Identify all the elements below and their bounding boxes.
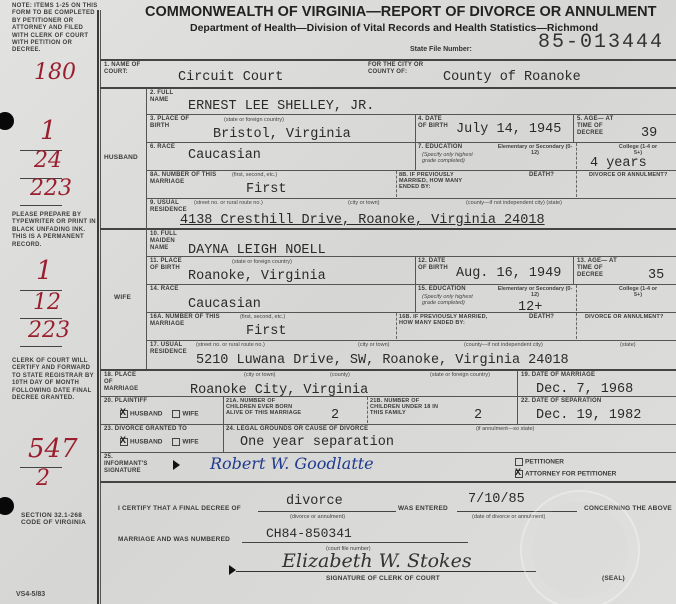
husband-college: 4 years [590, 156, 647, 171]
granted-husband-label: HUSBAND [130, 439, 163, 446]
divorce-report-form: NOTE: ITEMS 1-25 ON THIS FORM TO BE COMP… [0, 0, 676, 604]
sidebar-prepare-note: PLEASE PREPARE BY TYPEWRITER OR PRINT IN… [12, 212, 98, 249]
plaintiff-label: 20. PLAINTIFF [104, 398, 147, 405]
wife-death-label: DEATH? [529, 314, 554, 321]
state-file-number: 85-013444 [538, 31, 664, 54]
husband-divorce-label: DIVORCE OR ANNULMENT? [589, 172, 668, 179]
marriage-date: Dec. 7, 1968 [536, 382, 633, 397]
marriage-place-hint-county: (county) [330, 372, 350, 378]
wife-dob-label: 12. DATE OF BIRTH [418, 258, 452, 272]
wife-race: Caucasian [188, 297, 261, 312]
husband-birthplace-label: 3. PLACE OF BIRTH [150, 116, 190, 130]
separation-date: Dec. 19, 1982 [536, 408, 641, 423]
court-name-value: Circuit Court [178, 70, 283, 85]
husband-dob: July 14, 1945 [456, 122, 561, 137]
plaintiff-wife-checkbox[interactable] [172, 410, 180, 418]
sidebar-section-ref: SECTION 32.1-268 CODE OF VIRGINIA [21, 512, 93, 527]
husband-full-name-label: 2. FULL NAME [150, 90, 176, 104]
entered-text: WAS ENTERED [398, 505, 448, 512]
clerk-arrow-icon [229, 565, 236, 575]
entered-date: 7/10/85 [468, 492, 525, 507]
husband-birthplace-hint: (state or foreign country) [224, 117, 284, 123]
husband-marriage-number-hint: (first, second, etc.) [232, 172, 277, 178]
handwritten-g2-c: 223 [28, 318, 70, 343]
marriage-place-hint-state: (state or foreign country) [430, 372, 490, 378]
attorney-checkbox[interactable] [515, 470, 523, 478]
wife-race-label: 14. RACE [150, 286, 179, 293]
children-under18: 2 [474, 408, 482, 423]
handwritten-g1-b: 24 [34, 148, 62, 173]
plaintiff-wife-label: WIFE [182, 411, 198, 418]
husband-age: 39 [641, 126, 657, 141]
wife-birthplace: Roanoke, Virginia [188, 269, 326, 284]
husband-residence-hint-street: (street no. or rural route no.) [194, 200, 263, 206]
wife-marriage-number: First [246, 324, 287, 339]
court-county-value: County of Roanoke [443, 70, 581, 85]
husband-full-name: ERNEST LEE SHELLEY, JR. [188, 99, 374, 114]
certify-text: I CERTIFY THAT A FINAL DECREE OF [118, 505, 241, 512]
punch-hole-bottom [0, 497, 14, 515]
wife-prev-married-label: 16b. IF PREVIOUSLY MARRIED, HOW MANY END… [399, 314, 489, 326]
court-file-number: CH84-850341 [266, 526, 352, 541]
marriage-place-label: 18. PLACE OF MARRIAGE [104, 372, 146, 393]
wife-residence-hint-street: (street no. or rural route no.) [196, 342, 265, 348]
informant-label: 25. INFORMANT'S SIGNATURE [104, 454, 156, 475]
granted-label: 23. DIVORCE GRANTED TO [104, 426, 187, 433]
wife-education-hint: (Specify only highest grade completed) [422, 294, 482, 306]
informant-signature: Robert W. Goodlatte [210, 454, 374, 473]
wife-residence-hint-city: (city or town) [358, 342, 389, 348]
husband-section-label: HUSBAND [104, 154, 138, 161]
husband-death-label: DEATH? [529, 172, 554, 179]
seal-emboss [520, 490, 640, 604]
husband-age-label: 5. AGE— AT TIME OF DECREE [577, 116, 627, 137]
wife-divorce-label: DIVORCE OR ANNULMENT? [585, 314, 664, 321]
form-subtitle: Department of Health—Division of Vital R… [190, 22, 598, 34]
petitioner-checkbox[interactable] [515, 458, 523, 466]
grounds-hint: (if annulment—so state) [476, 426, 534, 432]
wife-dob: Aug. 16, 1949 [456, 266, 561, 281]
plaintiff-husband-checkbox[interactable] [120, 410, 128, 418]
husband-birthplace: Bristol, Virginia [213, 127, 351, 142]
wife-residence-hint-county: (county—if not independent city) [464, 342, 543, 348]
clerk-signature-label: SIGNATURE OF CLERK OF COURT [326, 575, 440, 582]
wife-age: 35 [648, 268, 664, 283]
state-file-label: State File Number: [410, 46, 472, 53]
handwritten-top: 180 [34, 60, 76, 85]
sidebar-note: NOTE: ITEMS 1-25 ON THIS FORM TO BE COMP… [12, 3, 98, 55]
court-name-label: 1. NAME OF COURT: [104, 62, 144, 76]
punch-hole-top [0, 112, 14, 130]
husband-residence: 4138 Cresthill Drive, Roanoke, Virginia … [180, 213, 545, 228]
handwritten-g2-a: 1 [36, 256, 53, 286]
children-under18-label: 21b. NUMBER OF CHILDREN UNDER 18 IN THIS… [370, 398, 450, 416]
wife-residence-label: 17. USUAL RESIDENCE [150, 342, 198, 356]
wife-birthplace-hint: (state or foreign country) [232, 259, 292, 265]
sidebar-clerk-note: CLERK OF COURT WILL CERTIFY AND FORWARD … [12, 358, 98, 402]
wife-marriage-number-label: 16a. NUMBER OF THIS MARRIAGE [150, 314, 222, 328]
clerk-signature: Elizabeth W. Stokes [282, 550, 472, 572]
granted-wife-checkbox[interactable] [172, 438, 180, 446]
marriage-date-label: 19. DATE OF MARRIAGE [521, 372, 595, 379]
wife-elementary-label: Elementary or Secondary (0-12) [495, 286, 575, 298]
husband-residence-label: 9. USUAL RESIDENCE [150, 200, 192, 214]
attorney-label: ATTORNEY FOR PETITIONER [525, 471, 616, 478]
court-county-label: FOR THE CITY OR COUNTY OF: [368, 62, 424, 76]
plaintiff-husband-label: HUSBAND [130, 411, 163, 418]
wife-education-label: 15. EDUCATION [418, 286, 466, 293]
wife-residence-hint-state: (state) [620, 342, 636, 348]
husband-residence-hint-city: (city or town) [348, 200, 379, 206]
grounds-label: 24. LEGAL GROUNDS OR CAUSE OF DIVORCE [226, 426, 368, 433]
marriage-place-hint-city: (city or town) [244, 372, 275, 378]
form-title: COMMONWEALTH OF VIRGINIA—REPORT OF DIVOR… [145, 4, 657, 20]
handwritten-g1-c: 223 [30, 176, 72, 201]
wife-marriage-number-hint: (first, second, etc.) [240, 314, 285, 320]
seal-label: (SEAL) [602, 575, 625, 582]
handwritten-g3-b: 2 [36, 466, 50, 491]
decree-type-hint: (divorce or annulment) [290, 514, 345, 520]
granted-husband-checkbox[interactable] [120, 438, 128, 446]
handwritten-g1-a: 1 [40, 116, 57, 146]
husband-prev-married-label: 8b. IF PREVIOUSLY MARRIED, HOW MANY ENDE… [399, 172, 483, 190]
children-born: 2 [331, 408, 339, 423]
handwritten-g3-a: 547 [28, 434, 78, 464]
husband-race-label: 6. RACE [150, 144, 175, 151]
husband-marriage-number: First [246, 182, 287, 197]
separation-label: 22. DATE OF SEPARATION [521, 398, 601, 405]
wife-age-label: 13. AGE— AT TIME OF DECREE [577, 258, 627, 279]
children-born-label: 21a. NUMBER OF CHILDREN EVER BORN ALIVE … [226, 398, 306, 416]
husband-elementary-label: Elementary or Secondary (0-12) [495, 144, 575, 156]
wife-residence: 5210 Luwana Drive, SW, Roanoke, Virginia… [196, 353, 569, 368]
husband-education-hint: (Specify only highest grade completed) [422, 152, 482, 164]
granted-wife-label: WIFE [182, 439, 198, 446]
wife-birthplace-label: 11. PLACE OF BIRTH [150, 258, 190, 272]
numbered-text: MARRIAGE AND WAS NUMBERED [118, 536, 230, 543]
wife-college-label: College (1-4 or 5+) [618, 286, 658, 298]
husband-college-label: College (1-4 or 5+) [618, 144, 658, 156]
arrow-right-icon [173, 460, 180, 470]
husband-residence-hint-county: (county—if not independent city) (state) [466, 200, 562, 206]
husband-race: Caucasian [188, 148, 261, 163]
husband-dob-label: 4. DATE OF BIRTH [418, 116, 452, 130]
form-code: VS4-5/83 [16, 591, 45, 598]
handwritten-g2-b: 12 [33, 290, 61, 315]
husband-marriage-number-label: 8a. NUMBER OF THIS MARRIAGE [150, 172, 220, 186]
petitioner-label: PETITIONER [525, 459, 564, 466]
decree-type: divorce [286, 494, 343, 509]
husband-education-label: 7. EDUCATION [418, 144, 462, 151]
wife-section-label: WIFE [114, 294, 131, 301]
grounds: One year separation [240, 435, 394, 450]
